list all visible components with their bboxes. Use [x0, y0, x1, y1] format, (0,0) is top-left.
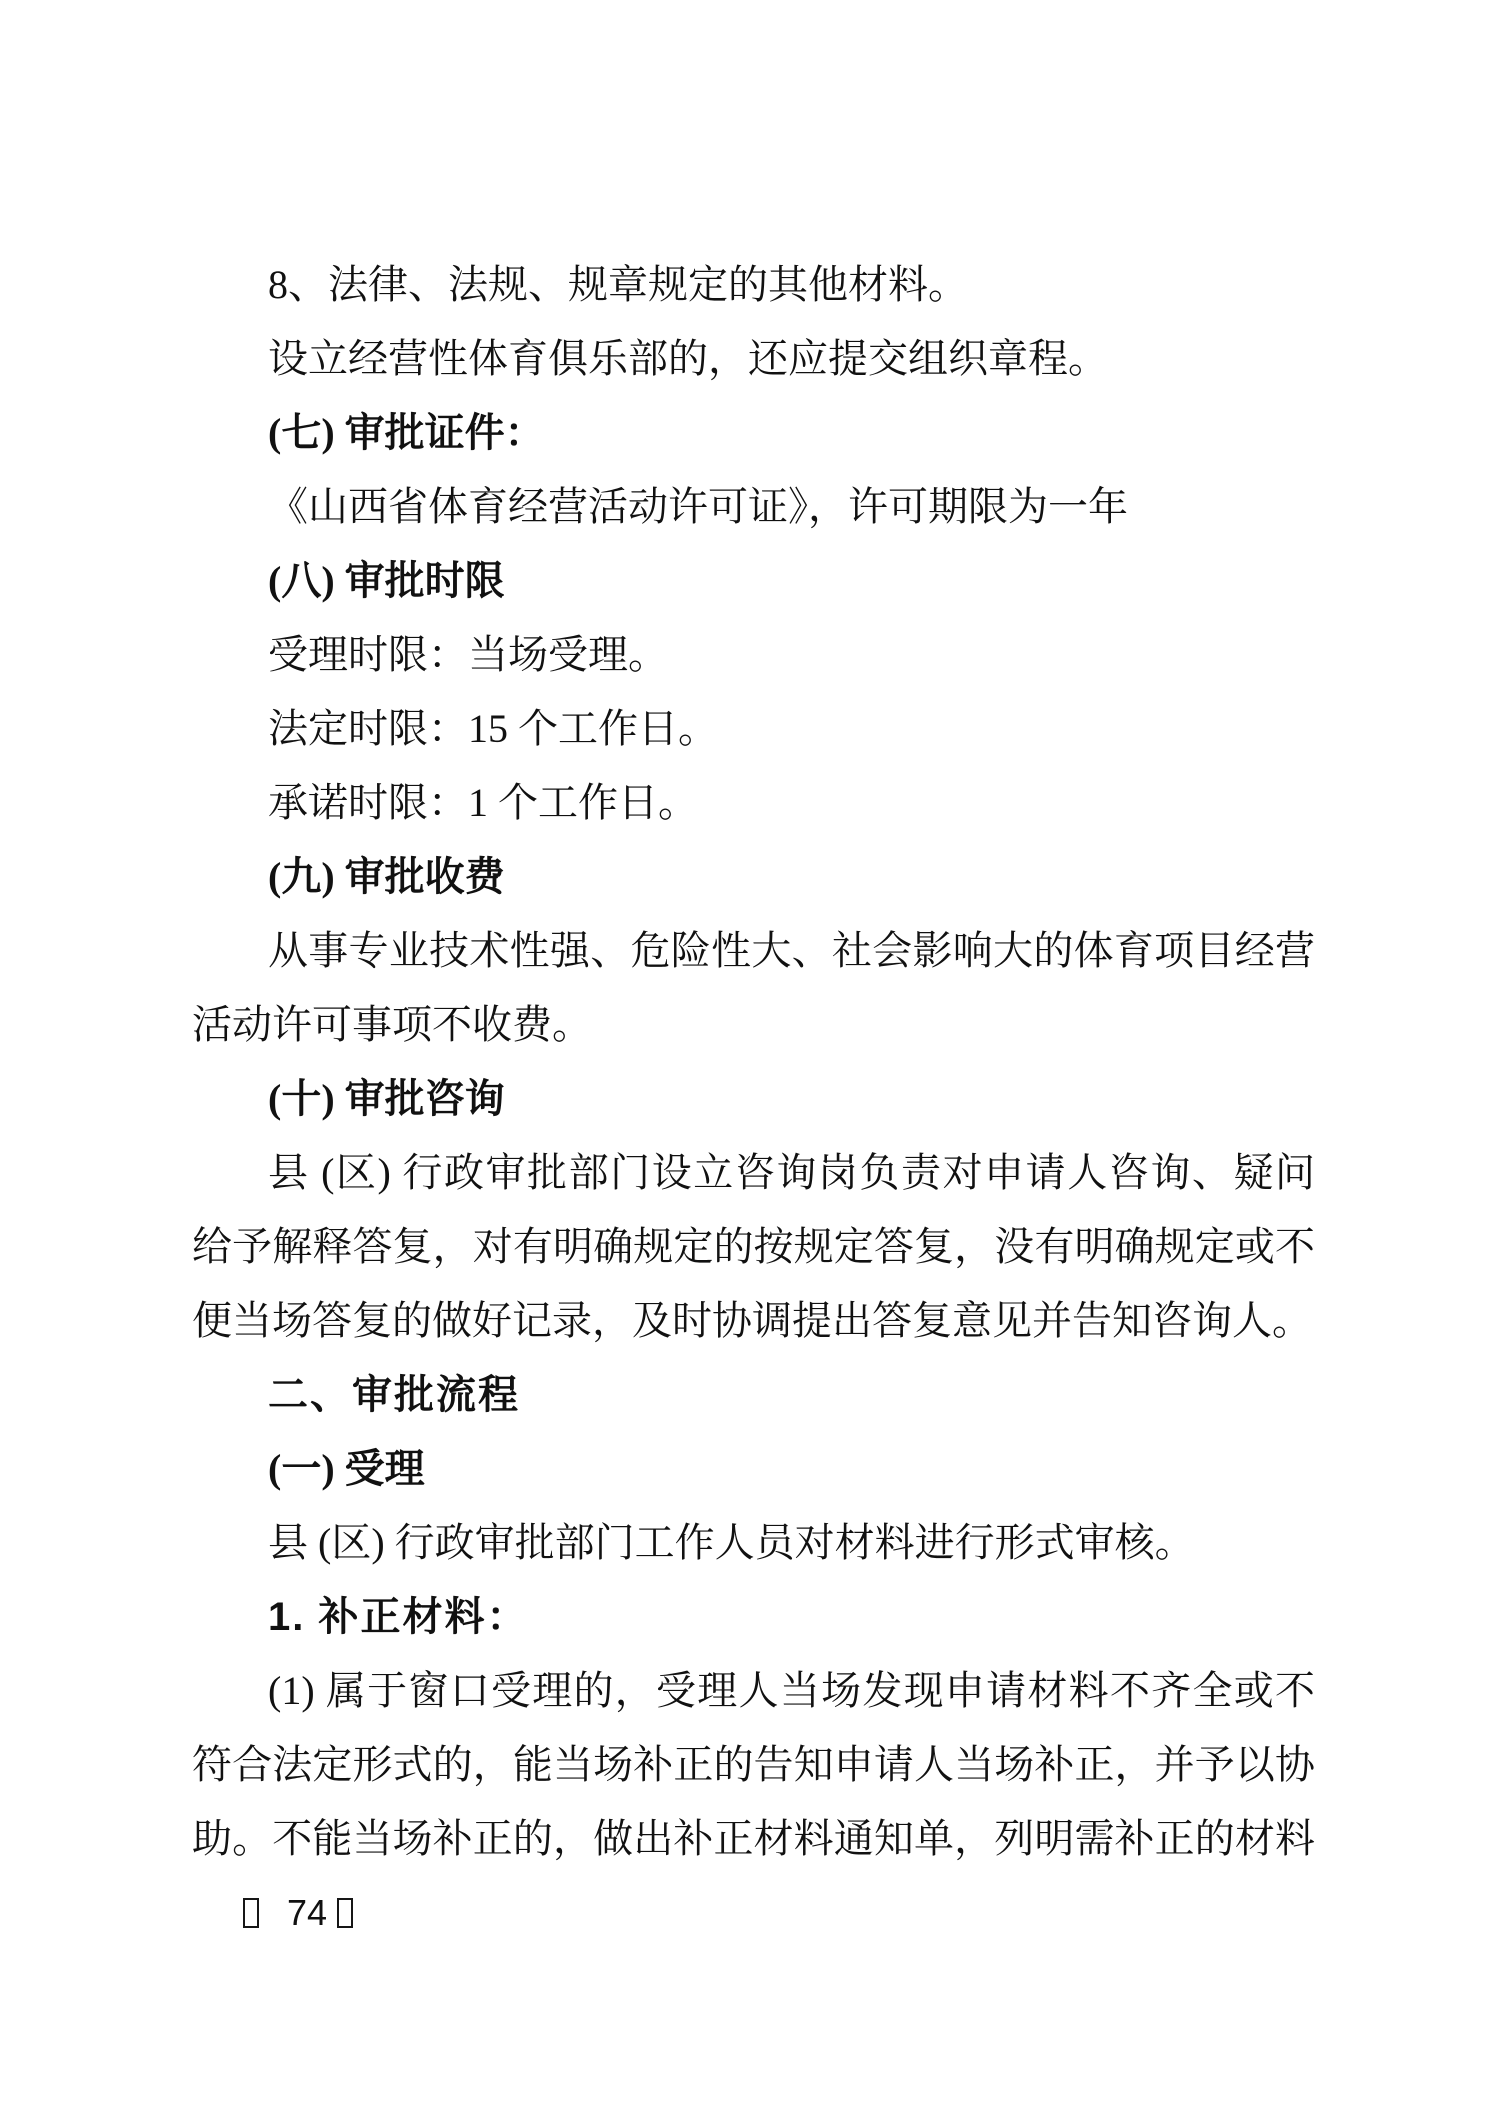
section-heading-acceptance: (一) 受理: [192, 1432, 1315, 1506]
section-heading-approval-fees: (九) 审批收费: [192, 840, 1315, 914]
section-heading-approval-time-limit: (八) 审批时限: [192, 544, 1315, 618]
chapter-heading-approval-process: 二、审批流程: [192, 1358, 1315, 1432]
page-number: 74: [287, 1892, 327, 1934]
document-page: 8、法律、法规、规章规定的其他材料。 设立经营性体育俱乐部的，还应提交组织章程。…: [0, 0, 1487, 2105]
para-window-acceptance-line-1: (1) 属于窗口受理的，受理人当场发现申请材料不齐全或不: [192, 1654, 1315, 1728]
section-heading-approval-consultation: (十) 审批咨询: [192, 1062, 1315, 1136]
para-acceptance-time: 受理时限：当场受理。: [192, 618, 1315, 692]
subheading-supplementary-materials: 1. 补正材料：: [192, 1580, 1315, 1654]
para-formal-review: 县 (区) 行政审批部门工作人员对材料进行形式审核。: [192, 1506, 1315, 1580]
para-license-name: 《山西省体育经营活动许可证》，许可期限为一年: [192, 470, 1315, 544]
para-statutory-time: 法定时限：15 个工作日。: [192, 692, 1315, 766]
para-club-charter: 设立经营性体育俱乐部的，还应提交组织章程。: [192, 322, 1315, 396]
para-consultation-line-2: 给予解释答复，对有明确规定的按规定答复，没有明确规定或不: [192, 1210, 1315, 1284]
para-window-acceptance-line-2: 符合法定形式的，能当场补正的告知申请人当场补正，并予以协: [192, 1728, 1315, 1802]
missing-glyph-box-icon: [337, 1898, 353, 1928]
para-no-fee-line-1: 从事专业技术性强、危险性大、社会影响大的体育项目经营: [192, 914, 1315, 988]
para-window-acceptance-line-3: 助。不能当场补正的，做出补正材料通知单，列明需补正的材料: [192, 1802, 1315, 1876]
missing-glyph-box-icon: [243, 1898, 259, 1928]
list-item-other-materials: 8、法律、法规、规章规定的其他材料。: [192, 248, 1315, 322]
section-heading-approval-certificate: (七) 审批证件：: [192, 396, 1315, 470]
para-consultation-line-1: 县 (区) 行政审批部门设立咨询岗负责对申请人咨询、疑问: [192, 1136, 1315, 1210]
page-content: 8、法律、法规、规章规定的其他材料。 设立经营性体育俱乐部的，还应提交组织章程。…: [192, 248, 1315, 1876]
para-consultation-line-3: 便当场答复的做好记录，及时协调提出答复意见并告知咨询人。: [192, 1284, 1315, 1358]
page-footer: 74: [192, 1876, 353, 1950]
para-no-fee-line-2: 活动许可事项不收费。: [192, 988, 1315, 1062]
para-promised-time: 承诺时限：1 个工作日。: [192, 766, 1315, 840]
